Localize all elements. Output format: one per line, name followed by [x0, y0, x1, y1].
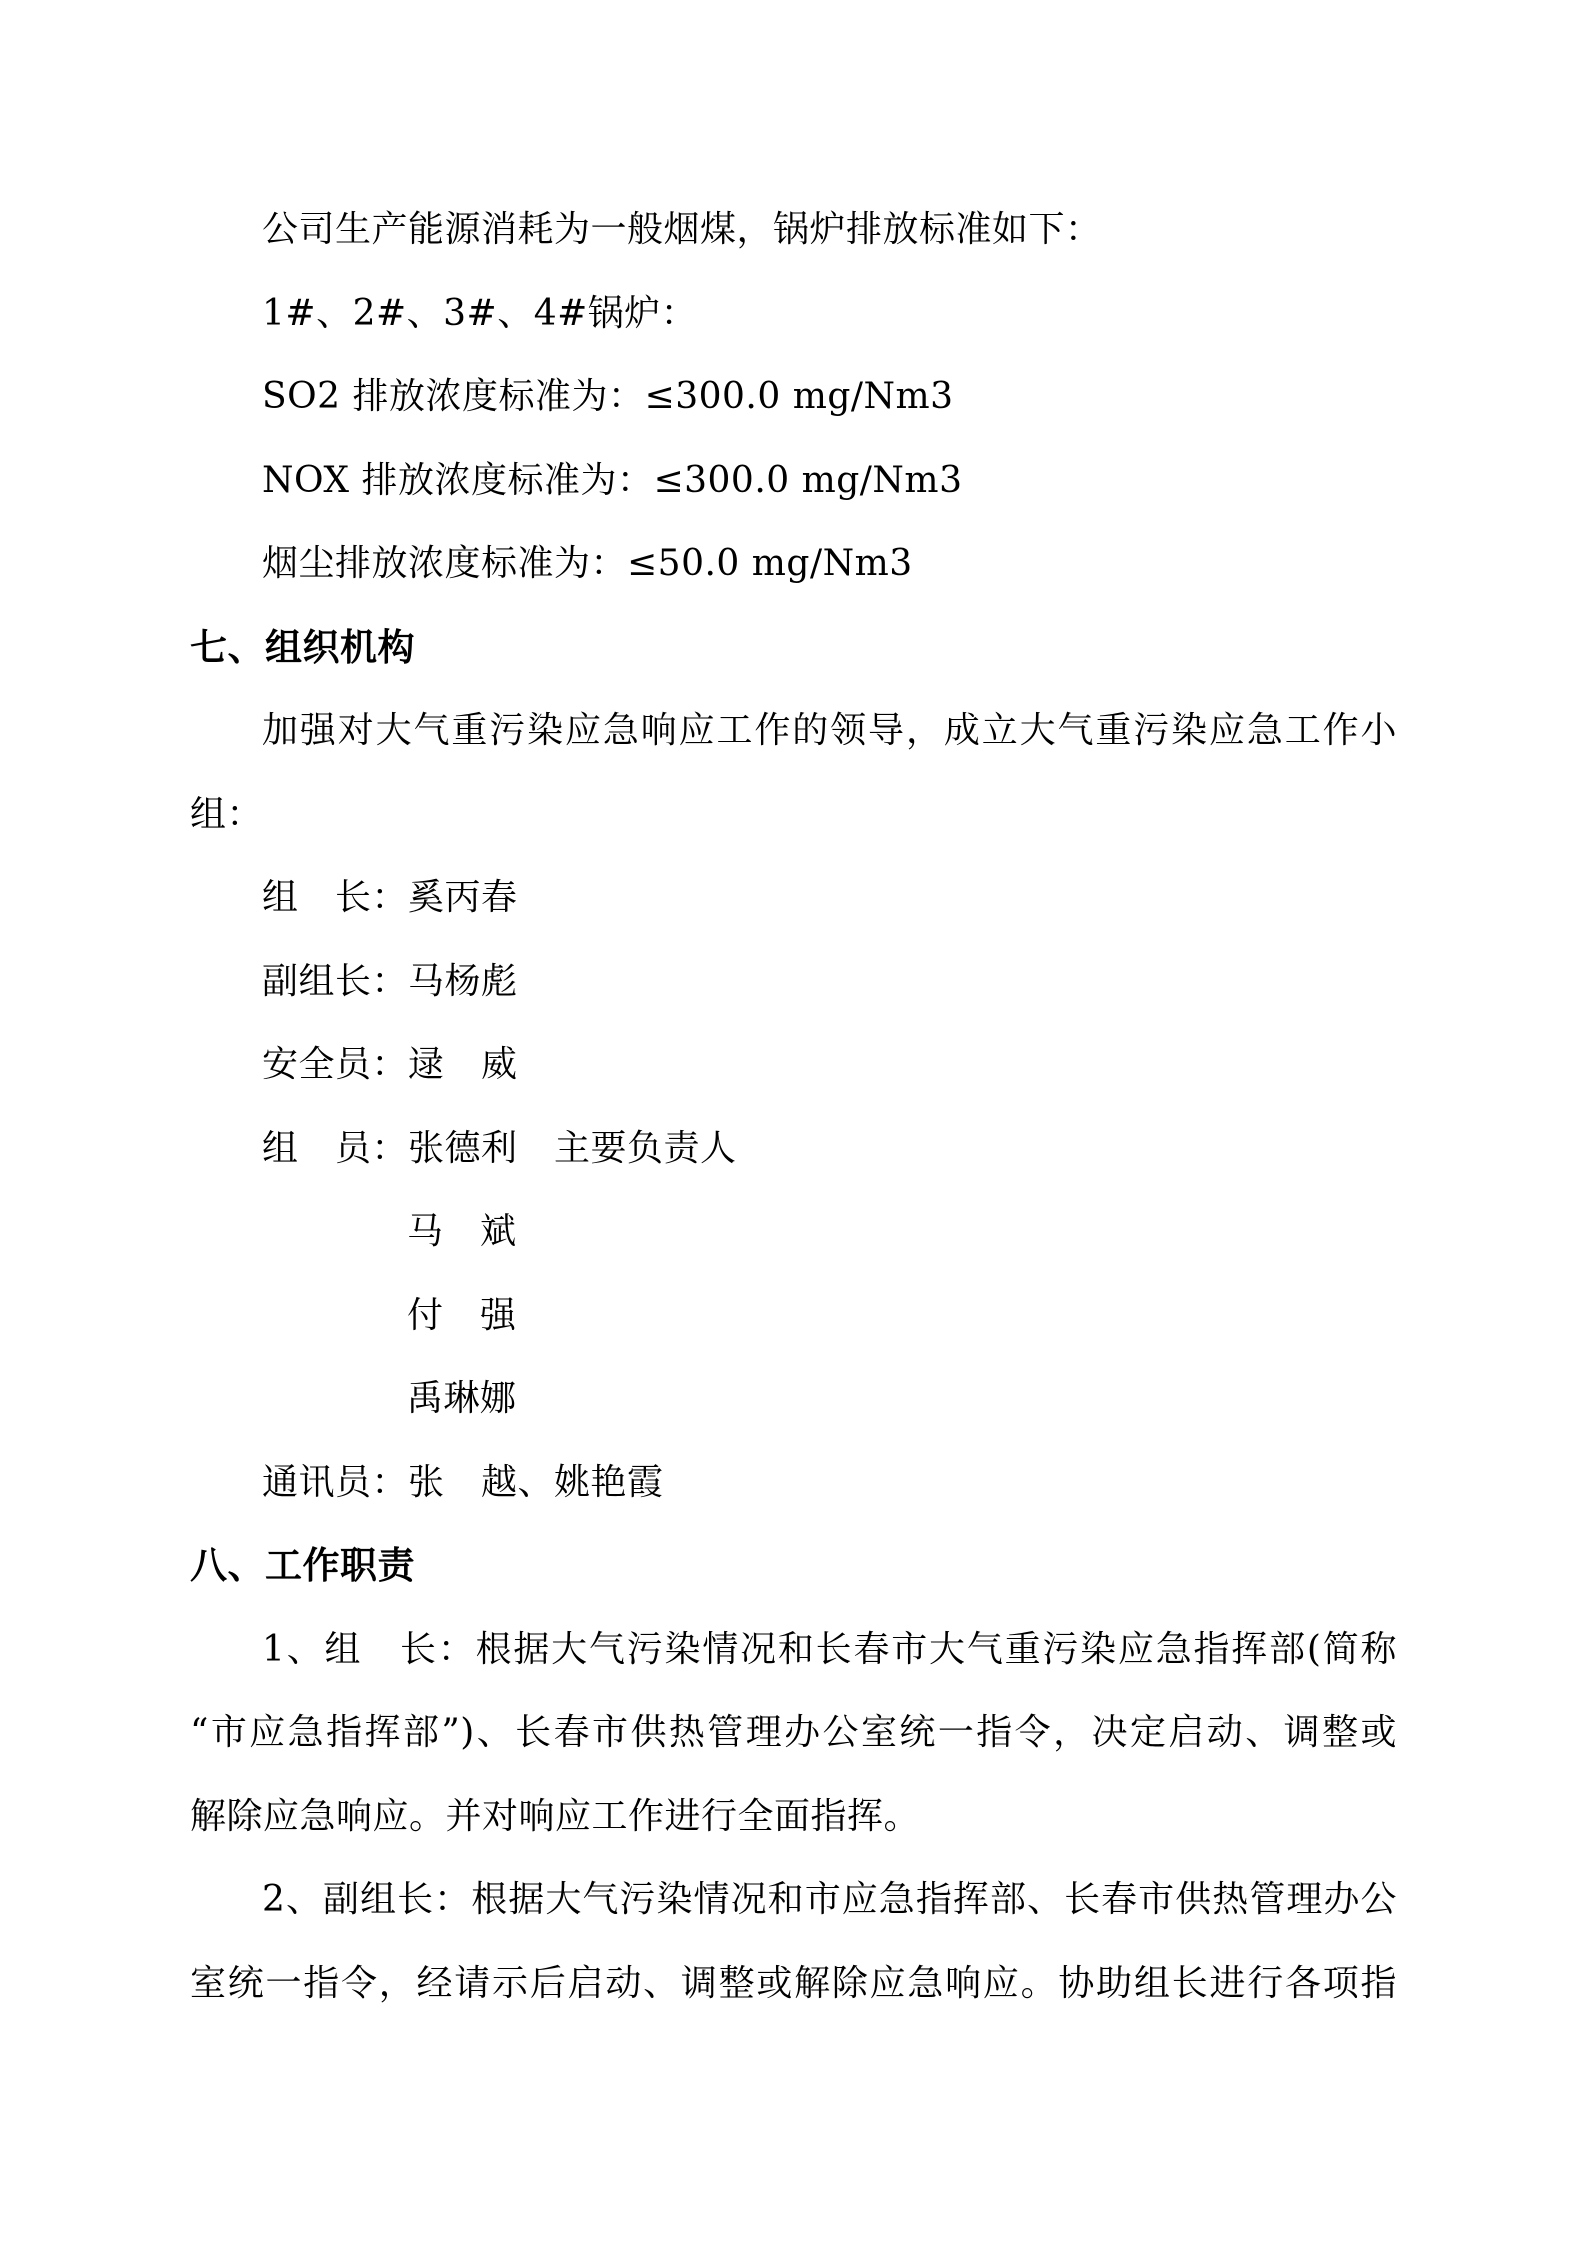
document-body: 公司生产能源消耗为一般烟煤，锅炉排放标准如下：1#、2#、3#、4#锅炉：SO2…: [190, 188, 1397, 2025]
section-heading: 八、工作职责: [190, 1524, 1397, 1608]
text-line: 1、组 长：根据大气污染情况和长春市大气重污染应急指挥部(简称: [190, 1608, 1397, 1692]
text-line: 通讯员：张 越、姚艳霞: [190, 1441, 1397, 1525]
text-line: 组 员：张德利 主要负责人: [190, 1107, 1397, 1191]
text-line: NOX 排放浓度标准为：≤300.0 mg/Nm3: [190, 439, 1397, 523]
text-line: 烟尘排放浓度标准为：≤50.0 mg/Nm3: [190, 522, 1397, 606]
text-line: 禹琳娜: [190, 1357, 1397, 1441]
section-heading: 七、组织机构: [190, 606, 1397, 690]
document-page: 公司生产能源消耗为一般烟煤，锅炉排放标准如下：1#、2#、3#、4#锅炉：SO2…: [0, 0, 1587, 2245]
text-line: 加强对大气重污染应急响应工作的领导，成立大气重污染应急工作小: [190, 689, 1397, 773]
text-line: 解除应急响应。并对响应工作进行全面指挥。: [190, 1775, 1397, 1859]
text-line: 付 强: [190, 1274, 1397, 1358]
text-line: “市应急指挥部”)、长春市供热管理办公室统一指令，决定启动、调整或: [190, 1691, 1397, 1775]
text-line: 公司生产能源消耗为一般烟煤，锅炉排放标准如下：: [190, 188, 1397, 272]
text-line: 室统一指令，经请示后启动、调整或解除应急响应。协助组长进行各项指: [190, 1942, 1397, 2026]
text-line: 副组长：马杨彪: [190, 940, 1397, 1024]
text-line: 2、副组长：根据大气污染情况和市应急指挥部、长春市供热管理办公: [190, 1858, 1397, 1942]
text-line: SO2 排放浓度标准为：≤300.0 mg/Nm3: [190, 355, 1397, 439]
text-line: 组：: [190, 773, 1397, 857]
text-line: 安全员：逯 威: [190, 1023, 1397, 1107]
text-line: 马 斌: [190, 1190, 1397, 1274]
text-line: 组 长：奚丙春: [190, 856, 1397, 940]
text-line: 1#、2#、3#、4#锅炉：: [190, 272, 1397, 356]
